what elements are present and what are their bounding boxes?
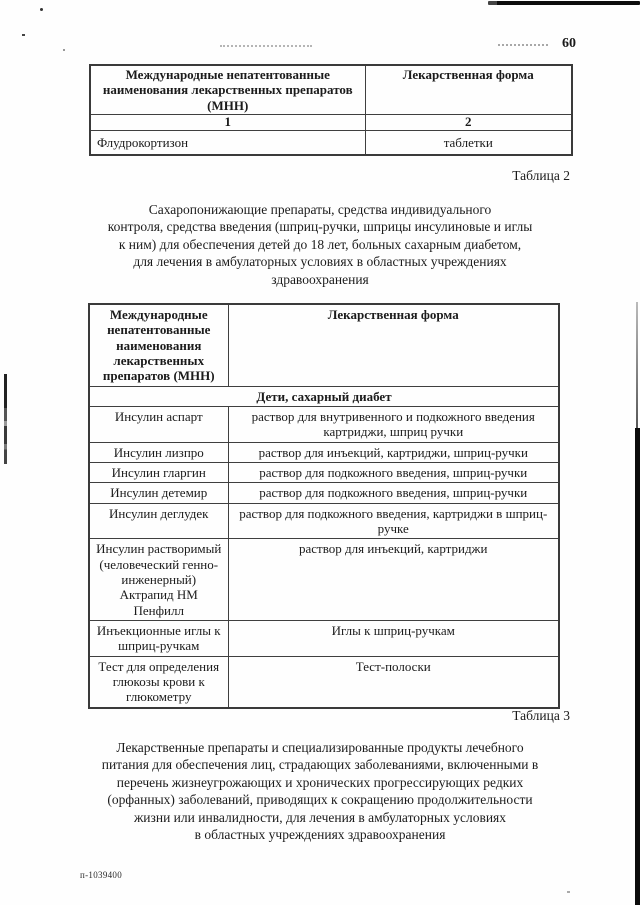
scanned-document-page: 60 Международные непатентованные наимено… [0,0,640,905]
table3-title-line: Лекарственные препараты и специализирова… [63,739,577,756]
drug-name-cell: Флудрокортизон [90,130,365,155]
table-row: Инсулин детемир раствор для подкожного в… [89,483,559,503]
table2-title-line: для лечения в амбулаторных условиях в об… [70,253,570,270]
table2-caption: Таблица 2 [512,168,570,184]
table3-title-line: питания для обеспечения лиц, страдающих … [63,756,577,773]
table-header-row: Международные непатентованные наименован… [89,304,559,386]
scan-artifact-left-edge-bar [4,374,7,464]
section-row-children-diabetes: Дети, сахарный диабет [89,386,559,406]
drug-form-cell: раствор для внутривенного и подкожного в… [228,406,559,442]
table2-title: Сахаропонижающие препараты, средства инд… [70,201,570,288]
drug-name-cell: Инсулин растворимый (человеческий генно-… [89,539,228,621]
column-number-row: 1 2 [90,114,572,130]
scan-artifact-speck [567,891,570,893]
drug-name-cell: Инсулин деглудек [89,503,228,539]
drug-name-cell: Инсулин детемир [89,483,228,503]
scan-artifact-speck [40,8,43,11]
scan-artifact-right-edge-bar [635,428,640,905]
page-number: 60 [562,36,576,52]
footer-document-code: п-1039400 [80,870,122,880]
table2-title-line: Сахаропонижающие препараты, средства инд… [70,201,570,218]
table2-header-form: Лекарственная форма [228,304,559,386]
drug-form-cell: раствор для инъекций, картриджи, шприц-р… [228,442,559,462]
section-label: Дети, сахарный диабет [89,386,559,406]
table2-header-mnn: Международные непатентованные наименован… [89,304,228,386]
scan-artifact-faint-dots [498,44,548,46]
table-row: Инсулин гларгин раствор для подкожного в… [89,462,559,482]
table3-title-line: перечень жизнеугрожающих и хронических п… [63,774,577,791]
table3-title: Лекарственные препараты и специализирова… [63,739,577,843]
drug-form-cell: раствор для инъекций, картриджи [228,539,559,621]
drug-name-cell: Инъекционные иглы к шприц-ручкам [89,620,228,656]
table-row: Инсулин деглудек раствор для подкожного … [89,503,559,539]
table-fludrocortisone: Международные непатентованные наименован… [89,64,573,156]
drug-form-cell: Тест-полоски [228,656,559,707]
table3-caption: Таблица 3 [512,708,570,724]
column-number-2: 2 [365,114,572,130]
table3-title-line: (орфанных) заболеваний, приводящих к сок… [63,791,577,808]
table-row: Тест для определения глюкозы крови к глю… [89,656,559,707]
scan-artifact-speck [22,34,25,36]
drug-form-cell: Иглы к шприц-ручкам [228,620,559,656]
drug-form-cell: раствор для подкожного введения, шприц-р… [228,483,559,503]
drug-name-cell: Инсулин аспарт [89,406,228,442]
table-row: Флудрокортизон таблетки [90,130,572,155]
table-row: Инсулин аспарт раствор для внутривенного… [89,406,559,442]
scan-artifact-right-edge-shadow [636,302,638,430]
drug-name-cell: Инсулин лизпро [89,442,228,462]
table1-header-form: Лекарственная форма [365,65,572,114]
table3-title-line: жизни или инвалидности, для лечения в ам… [63,809,577,826]
table2-title-line: к ним) для обеспечения детей до 18 лет, … [70,236,570,253]
drug-form-cell: раствор для подкожного введения, картрид… [228,503,559,539]
table-row: Инсулин растворимый (человеческий генно-… [89,539,559,621]
scan-artifact-top-edge-line [488,1,640,5]
table2-title-line: здравоохранения [70,271,570,288]
drug-name-cell: Инсулин гларгин [89,462,228,482]
table-header-row: Международные непатентованные наименован… [90,65,572,114]
scan-artifact-speck [63,49,65,51]
drug-form-cell: таблетки [365,130,572,155]
table-insulin-products: Международные непатентованные наименован… [88,303,560,709]
table2-title-line: контроля, средства введения (шприц-ручки… [70,218,570,235]
table-row: Инсулин лизпро раствор для инъекций, кар… [89,442,559,462]
table1-header-mnn: Международные непатентованные наименован… [90,65,365,114]
column-number-1: 1 [90,114,365,130]
table-row: Инъекционные иглы к шприц-ручкам Иглы к … [89,620,559,656]
scan-artifact-faint-dots [220,45,312,47]
drug-form-cell: раствор для подкожного введения, шприц-р… [228,462,559,482]
drug-name-cell: Тест для определения глюкозы крови к глю… [89,656,228,707]
table3-title-line: в областных учреждениях здравоохранения [63,826,577,843]
